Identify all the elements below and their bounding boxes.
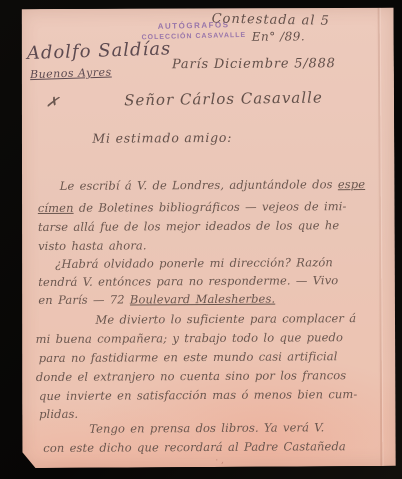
line-text: tendrá V. entónces para no responderme. … <box>38 273 338 289</box>
line-text: ¿Habrá olvidado ponerle mi dirección? Ra… <box>55 255 333 271</box>
photo-background: AUTÓGRAFOS COLECCIÓN CASAVALLE Contestad… <box>0 0 402 479</box>
line-text: de Boletines bibliográficos — vejeos de … <box>74 199 347 215</box>
line-text-underlined: espe <box>338 177 365 191</box>
letter-line: Le escribí á V. de Londres, adjuntándole… <box>60 177 366 193</box>
letter-line: visto hasta ahora. <box>38 238 147 253</box>
letter-line: en París — 72 Boulevard Malesherbes. <box>38 292 275 307</box>
letterhead-name: Adolfo Saldías <box>27 38 172 64</box>
letter-line: ¿Habrá olvidado ponerle mi dirección? Ra… <box>55 255 333 271</box>
line-text-underlined: Boulevard Malesherbes. <box>130 292 275 307</box>
salutation: Señor Cárlos Casavalle <box>124 88 323 109</box>
greeting: Mi estimado amigo: <box>92 130 232 146</box>
letter-line: címen de Boletines bibliográficos — veje… <box>38 199 347 215</box>
line-text: para no fastidiarme en este mundo casi a… <box>39 349 338 365</box>
letter-line: para no fastidiarme en este mundo casi a… <box>39 349 338 365</box>
ink-smudge: · , <box>215 456 241 464</box>
letter-line: tendrá V. entónces para no responderme. … <box>38 273 338 289</box>
x-mark-icon: ✗ <box>45 92 60 112</box>
line-text: visto hasta ahora. <box>38 238 147 253</box>
line-text: con este dicho que recordará al Padre Ca… <box>43 439 346 455</box>
letter-line: con este dicho que recordará al Padre Ca… <box>43 439 346 455</box>
letter-line: mi buena compañera; y trabajo todo lo qu… <box>36 330 343 346</box>
letter-line: tarse allá fue de los mejor ideados de l… <box>38 218 339 234</box>
line-text: Me divierto lo suficiente para complacer… <box>95 311 356 327</box>
line-text-underlined: címen <box>38 201 74 215</box>
letter-line: donde el extranjero no cuenta sino por l… <box>36 368 346 384</box>
letter-line: que invierte en satisfacción mas ó menos… <box>39 387 357 403</box>
letter-line: Me divierto lo suficiente para complacer… <box>95 311 356 327</box>
reply-annotation-line-1: Contestada al 5 <box>212 11 331 28</box>
line-text: mi buena compañera; y trabajo todo lo qu… <box>36 330 343 346</box>
letter-line: Tengo en prensa dos libros. Ya verá V. <box>89 420 324 435</box>
line-text: tarse allá fue de los mejor ideados de l… <box>38 218 339 234</box>
line-text: que invierte en satisfacción mas ó menos… <box>39 387 357 403</box>
line-text: en París — 72 <box>38 292 130 307</box>
line-text: Tengo en prensa dos libros. Ya verá V. <box>89 420 324 435</box>
paper-fold-crease <box>378 7 383 466</box>
letterhead-city: Buenos Ayres <box>30 66 112 82</box>
line-text: plidas. <box>39 407 78 421</box>
dateline: París Diciembre 5/888 <box>172 56 336 72</box>
letter-line: plidas. <box>39 407 78 421</box>
line-text: donde el extranjero no cuenta sino por l… <box>36 368 346 384</box>
reply-annotation-line-2: En° /89. <box>252 29 306 43</box>
line-text: Le escribí á V. de Londres, adjuntándole… <box>60 177 338 193</box>
letter-paper: AUTÓGRAFOS COLECCIÓN CASAVALLE Contestad… <box>20 7 397 468</box>
